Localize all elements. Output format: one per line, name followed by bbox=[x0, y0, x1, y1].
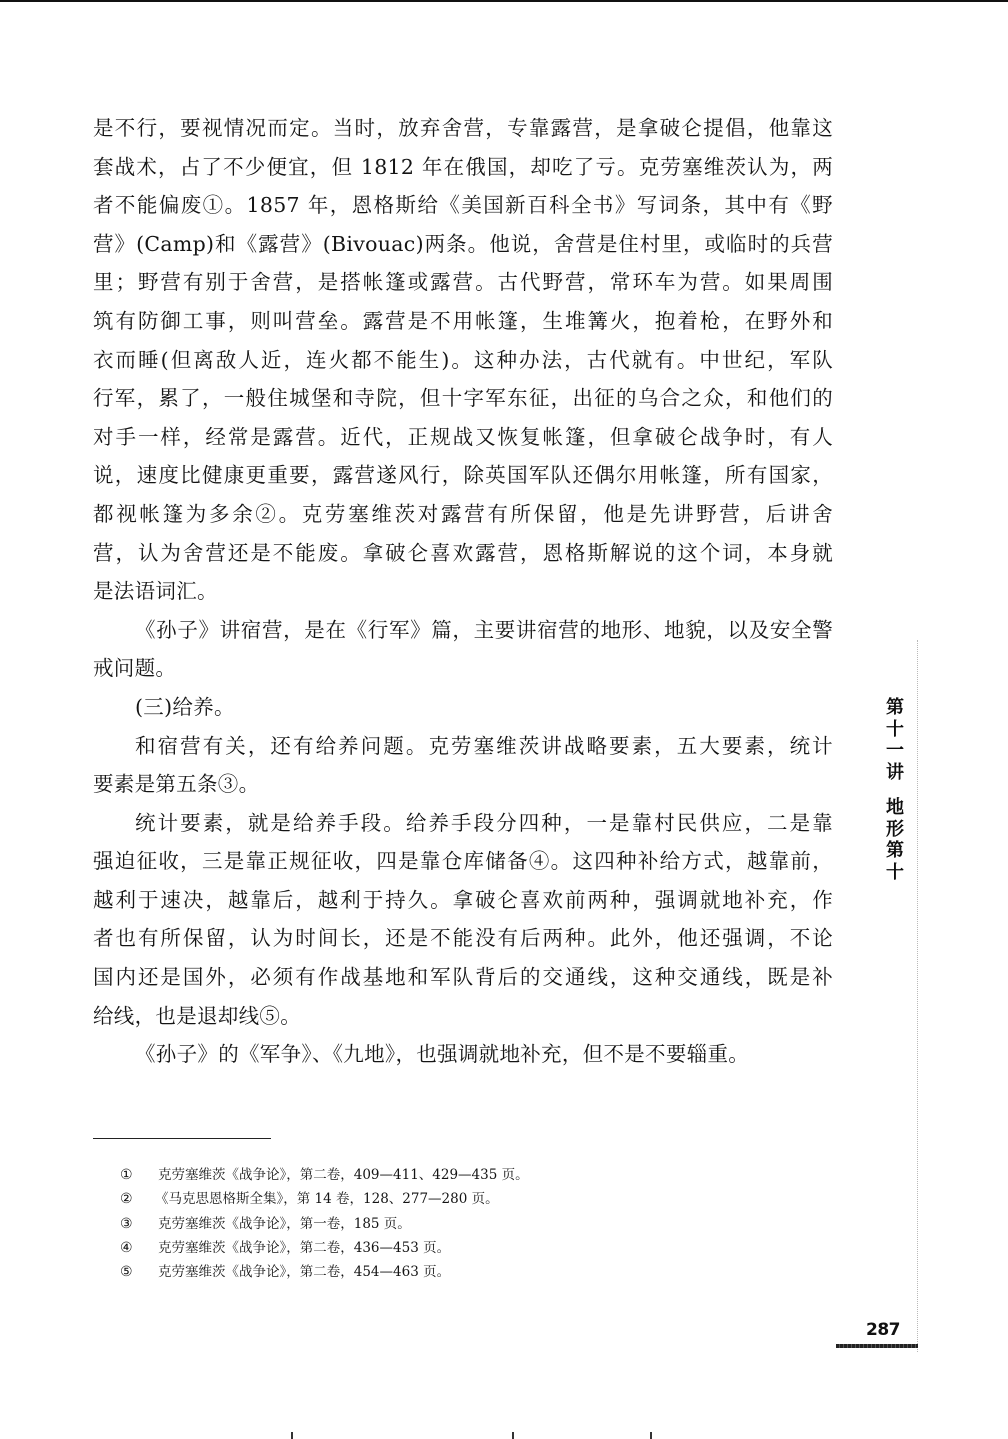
body-line: 者不能偏废①。1857 年，恩格斯给《美国新百科全书》写词条，其中有《野 bbox=[93, 186, 833, 225]
footnote-item: ④ 克劳塞维茨《战争论》，第二卷，436—453 页。 bbox=[120, 1236, 580, 1260]
page-number: 287 bbox=[866, 1320, 900, 1340]
footnote-marker: ④ bbox=[120, 1236, 158, 1260]
body-line: 越利于速决，越靠后，越利于持久。拿破仑喜欢前两种，强调就地补充，作 bbox=[93, 881, 833, 920]
footnotes: ① 克劳塞维茨《战争论》，第二卷，409—411、429—435 页。 ② 《马… bbox=[120, 1163, 580, 1284]
side-heading-char: 第 bbox=[884, 697, 906, 719]
body-line: 国内还是国外，必须有作战基地和军队背后的交通线，这种交通线，既是补 bbox=[93, 958, 833, 997]
footnote-item: ③ 克劳塞维茨《战争论》，第一卷，185 页。 bbox=[120, 1212, 580, 1236]
footnote-item: ⑤ 克劳塞维茨《战争论》，第二卷，454—463 页。 bbox=[120, 1260, 580, 1284]
side-heading-char: 地 bbox=[884, 797, 906, 819]
footnote-marker: ③ bbox=[120, 1212, 158, 1236]
side-heading-char: 形 bbox=[884, 819, 906, 841]
footnote-marker: ① bbox=[120, 1163, 158, 1187]
scan-mark bbox=[291, 1432, 293, 1439]
footnote-separator bbox=[93, 1138, 271, 1139]
side-heading-char: 讲 bbox=[884, 762, 906, 784]
side-heading-char: 十 bbox=[884, 862, 906, 884]
paragraph-start-line: 统计要素，就是给养手段。给养手段分四种，一是靠村民供应，二是靠 bbox=[93, 804, 833, 843]
body-line: 营》(Camp)和《露营》(Bivouac)两条。他说，舍营是住村里，或临时的兵… bbox=[93, 225, 833, 264]
body-line: 是不行，要视情况而定。当时，放弃舍营，专靠露营，是拿破仑提倡，他靠这 bbox=[93, 109, 833, 148]
footnote-item: ② 《马克思恩格斯全集》，第 14 卷，128、277—280 页。 bbox=[120, 1187, 580, 1211]
main-body-text: 是不行，要视情况而定。当时，放弃舍营，专靠露营，是拿破仑提倡，他靠这 套战术，占… bbox=[93, 109, 833, 1074]
body-line: 说，速度比健康更重要，露营遂风行，除英国军队还偶尔用帐篷，所有国家， bbox=[93, 456, 833, 495]
page-number-underline-bar bbox=[836, 1344, 918, 1348]
footnote-text: 克劳塞维茨《战争论》，第二卷，436—453 页。 bbox=[158, 1236, 450, 1260]
body-line: 要素是第五条③。 bbox=[93, 765, 833, 804]
paragraph-start-line: 《孙子》的《军争》、《九地》，也强调就地补充，但不是不要辎重。 bbox=[93, 1035, 833, 1074]
body-line: 营，认为舍营还是不能废。拿破仑喜欢露营，恩格斯解说的这个词，本身就 bbox=[93, 534, 833, 573]
side-heading-char: 第 bbox=[884, 840, 906, 862]
body-line: 是法语词汇。 bbox=[93, 572, 833, 611]
side-heading-char: 一 bbox=[884, 740, 906, 762]
body-line: 者也有所保留，认为时间长，还是不能没有后两种。此外，他还强调，不论 bbox=[93, 919, 833, 958]
body-line: 给线，也是退却线⑤。 bbox=[93, 997, 833, 1036]
footnote-marker: ⑤ bbox=[120, 1260, 158, 1284]
paragraph-start-line: 《孙子》讲宿营，是在《行军》篇，主要讲宿营的地形、地貌，以及安全警 bbox=[93, 611, 833, 650]
body-line: 里；野营有别于舍营，是搭帐篷或露营。古代野营，常环车为营。如果周围 bbox=[93, 263, 833, 302]
top-border-rule bbox=[0, 0, 1008, 2]
section-heading: (三)给养。 bbox=[93, 688, 833, 727]
side-heading-char: 十 bbox=[884, 719, 906, 741]
footnote-text: 克劳塞维茨《战争论》，第二卷，454—463 页。 bbox=[158, 1260, 450, 1284]
footnote-item: ① 克劳塞维茨《战争论》，第二卷，409—411、429—435 页。 bbox=[120, 1163, 580, 1187]
side-heading-gap bbox=[884, 783, 906, 797]
footnote-marker: ② bbox=[120, 1187, 158, 1211]
body-line: 套战术，占了不少便宜，但 1812 年在俄国，却吃了亏。克劳塞维茨认为，两 bbox=[93, 148, 833, 187]
paragraph-start-line: 和宿营有关，还有给养问题。克劳塞维茨讲战略要素，五大要素，统计 bbox=[93, 727, 833, 766]
body-line: 行军，累了，一般住城堡和寺院，但十字军东征，出征的乌合之众，和他们的 bbox=[93, 379, 833, 418]
body-line: 对手一样，经常是露营。近代，正规战又恢复帐篷，但拿破仑战争时，有人 bbox=[93, 418, 833, 457]
footnote-text: 克劳塞维茨《战争论》，第二卷，409—411、429—435 页。 bbox=[158, 1163, 529, 1187]
footnote-text: 克劳塞维茨《战争论》，第一卷，185 页。 bbox=[158, 1212, 411, 1236]
body-line: 筑有防御工事，则叫营垒。露营是不用帐篷，生堆篝火，抱着枪，在野外和 bbox=[93, 302, 833, 341]
scan-mark bbox=[650, 1432, 652, 1439]
footnote-text: 《马克思恩格斯全集》，第 14 卷，128、277—280 页。 bbox=[155, 1187, 499, 1211]
running-side-heading: 第 十 一 讲 地 形 第 十 bbox=[884, 697, 906, 883]
margin-dotted-line bbox=[917, 640, 918, 1352]
scan-mark bbox=[512, 1432, 514, 1439]
body-line: 都视帐篷为多余②。克劳塞维茨对露营有所保留，他是先讲野营，后讲舍 bbox=[93, 495, 833, 534]
body-line: 戒问题。 bbox=[93, 649, 833, 688]
body-line: 强迫征收，三是靠正规征收，四是靠仓库储备④。这四种补给方式，越靠前， bbox=[93, 842, 833, 881]
body-line: 衣而睡(但离敌人近，连火都不能生)。这种办法，古代就有。中世纪，军队 bbox=[93, 341, 833, 380]
